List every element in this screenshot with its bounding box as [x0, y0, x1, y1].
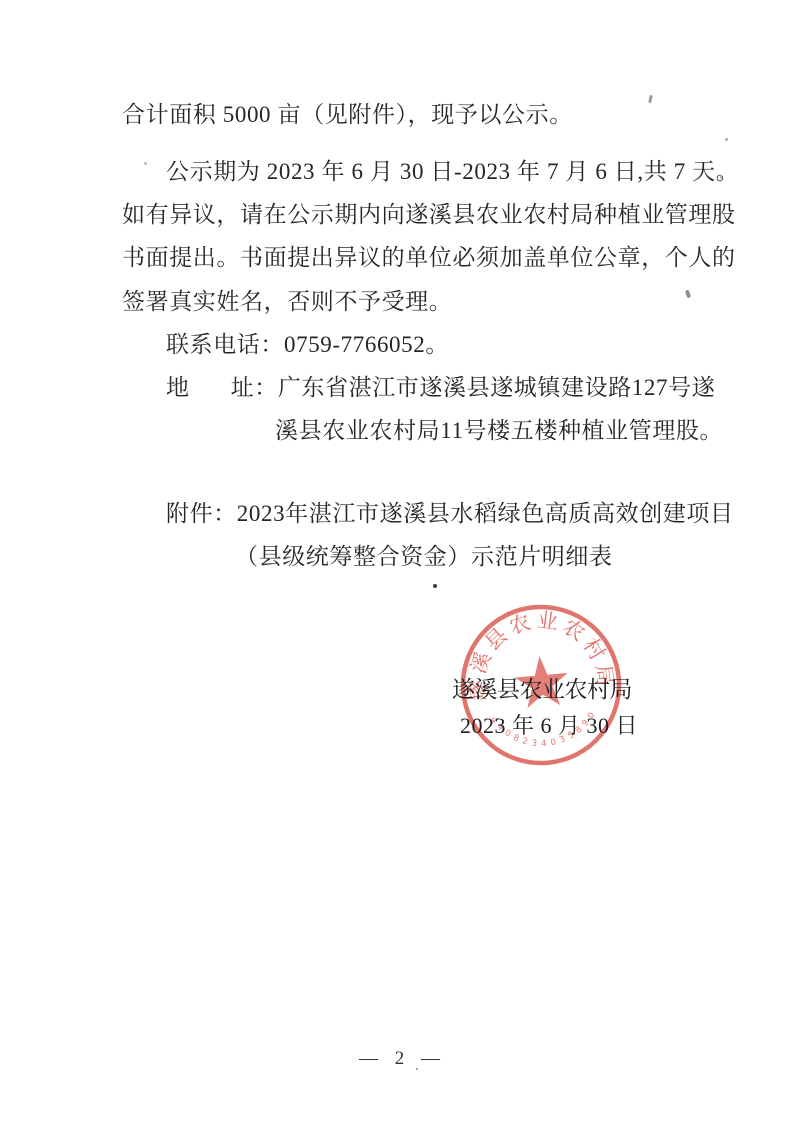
scan-speck: [648, 95, 653, 103]
address-label-left: 地: [166, 375, 190, 400]
issue-date: 2023 年 6 月 30 日: [460, 709, 638, 740]
paragraph-line-objection-3: 签署真实姓名，否则不予受理。: [122, 287, 452, 317]
scan-speck: [685, 290, 691, 299]
paragraph-line-publicity-period: 公示期为 2023 年 6 月 30 日-2023 年 7 月 6 日,共 7 …: [166, 157, 739, 187]
attachment-line-1: 附件：2023年湛江市遂溪县水稻绿色高质高效创建项目: [166, 499, 734, 529]
document-page: 合计面积 5000 亩（见附件），现予以公示。 公示期为 2023 年 6 月 …: [0, 0, 800, 1130]
address-label-right: 址：: [231, 375, 278, 400]
issuer-name: 遂溪县农业农村局: [452, 671, 632, 704]
contact-phone-line: 联系电话：0759-7766052。: [166, 330, 449, 360]
scan-speck: [144, 162, 147, 165]
address-text-1: 广东省湛江市遂溪县遂城镇建设路127号遂: [278, 375, 716, 400]
address-line-1: 地址：广东省湛江市遂溪县遂城镇建设路127号遂: [166, 373, 715, 403]
paragraph-line-area-total: 合计面积 5000 亩（见附件），现予以公示。: [122, 100, 573, 130]
scan-speck: [720, 175, 722, 179]
address-line-2: 溪县农业农村局11号楼五楼种植业管理股。: [275, 416, 723, 446]
scan-speck: [725, 138, 728, 141]
paragraph-line-objection-2: 书面提出。书面提出异议的单位必须加盖单位公章，个人的: [122, 243, 736, 273]
scan-speck: [416, 1068, 418, 1070]
scan-speck: [433, 584, 437, 588]
page-number: — 2 —: [0, 1048, 800, 1070]
paragraph-line-objection-1: 如有异议，请在公示期内向遂溪县农业农村局种植业管理股: [122, 200, 736, 230]
